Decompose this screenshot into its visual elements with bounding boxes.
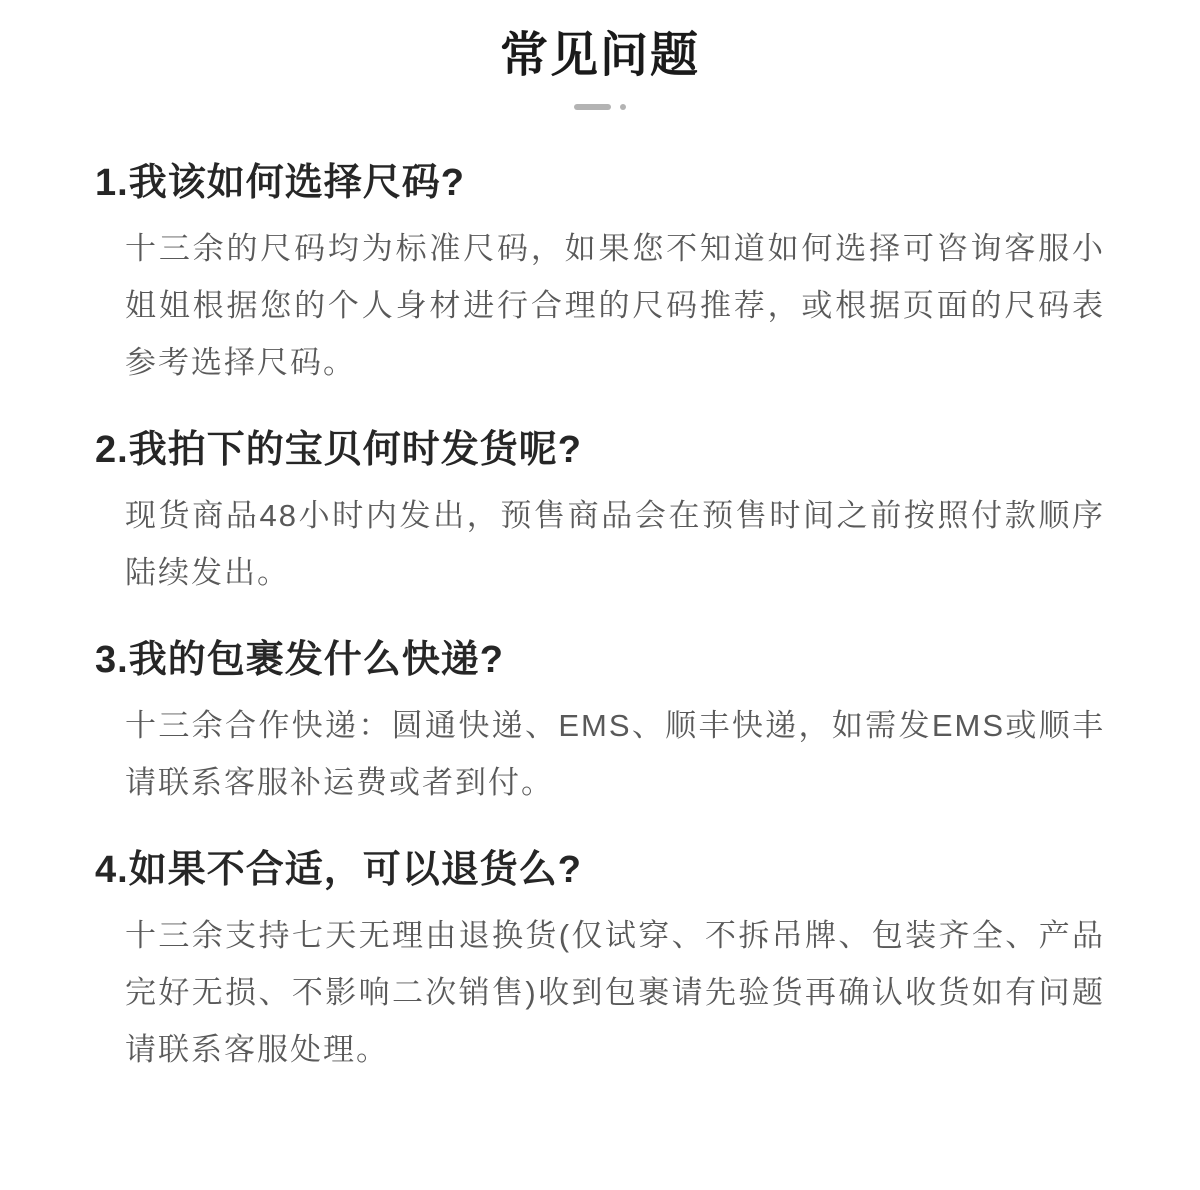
title-divider [95, 104, 1105, 110]
faq-question-courier: 3.我的包裹发什么快递? [95, 635, 1105, 685]
faq-question-shipping-time: 2.我拍下的宝贝何时发货呢? [95, 425, 1105, 475]
faq-answer-returns: 十三余支持七天无理由退换货(仅试穿、不拆吊牌、包装齐全、产品完好无损、不影响二次… [125, 907, 1105, 1078]
faq-question-size: 1.我该如何选择尺码? [95, 158, 1105, 208]
faq-item-courier: 3.我的包裹发什么快递? 十三余合作快递：圆通快递、EMS、顺丰快递，如需发EM… [95, 635, 1105, 811]
faq-question-returns: 4.如果不合适，可以退货么? [95, 845, 1105, 895]
faq-answer-shipping-time: 现货商品48小时内发出，预售商品会在预售时间之前按照付款顺序陆续发出。 [125, 487, 1105, 601]
faq-answer-courier: 十三余合作快递：圆通快递、EMS、顺丰快递，如需发EMS或顺丰请联系客服补运费或… [125, 697, 1105, 811]
faq-item-shipping-time: 2.我拍下的宝贝何时发货呢? 现货商品48小时内发出，预售商品会在预售时间之前按… [95, 425, 1105, 601]
faq-answer-size: 十三余的尺码均为标准尺码，如果您不知道如何选择可咨询客服小姐姐根据您的个人身材进… [125, 220, 1105, 391]
page-title: 常见问题 [95, 26, 1105, 86]
faq-page: 常见问题 1.我该如何选择尺码? 十三余的尺码均为标准尺码，如果您不知道如何选择… [0, 0, 1200, 1190]
faq-item-size: 1.我该如何选择尺码? 十三余的尺码均为标准尺码，如果您不知道如何选择可咨询客服… [95, 158, 1105, 391]
faq-item-returns: 4.如果不合适，可以退货么? 十三余支持七天无理由退换货(仅试穿、不拆吊牌、包装… [95, 845, 1105, 1078]
divider-bar-icon [574, 104, 611, 110]
faq-list: 1.我该如何选择尺码? 十三余的尺码均为标准尺码，如果您不知道如何选择可咨询客服… [95, 158, 1105, 1078]
divider-dot-icon [620, 104, 626, 110]
